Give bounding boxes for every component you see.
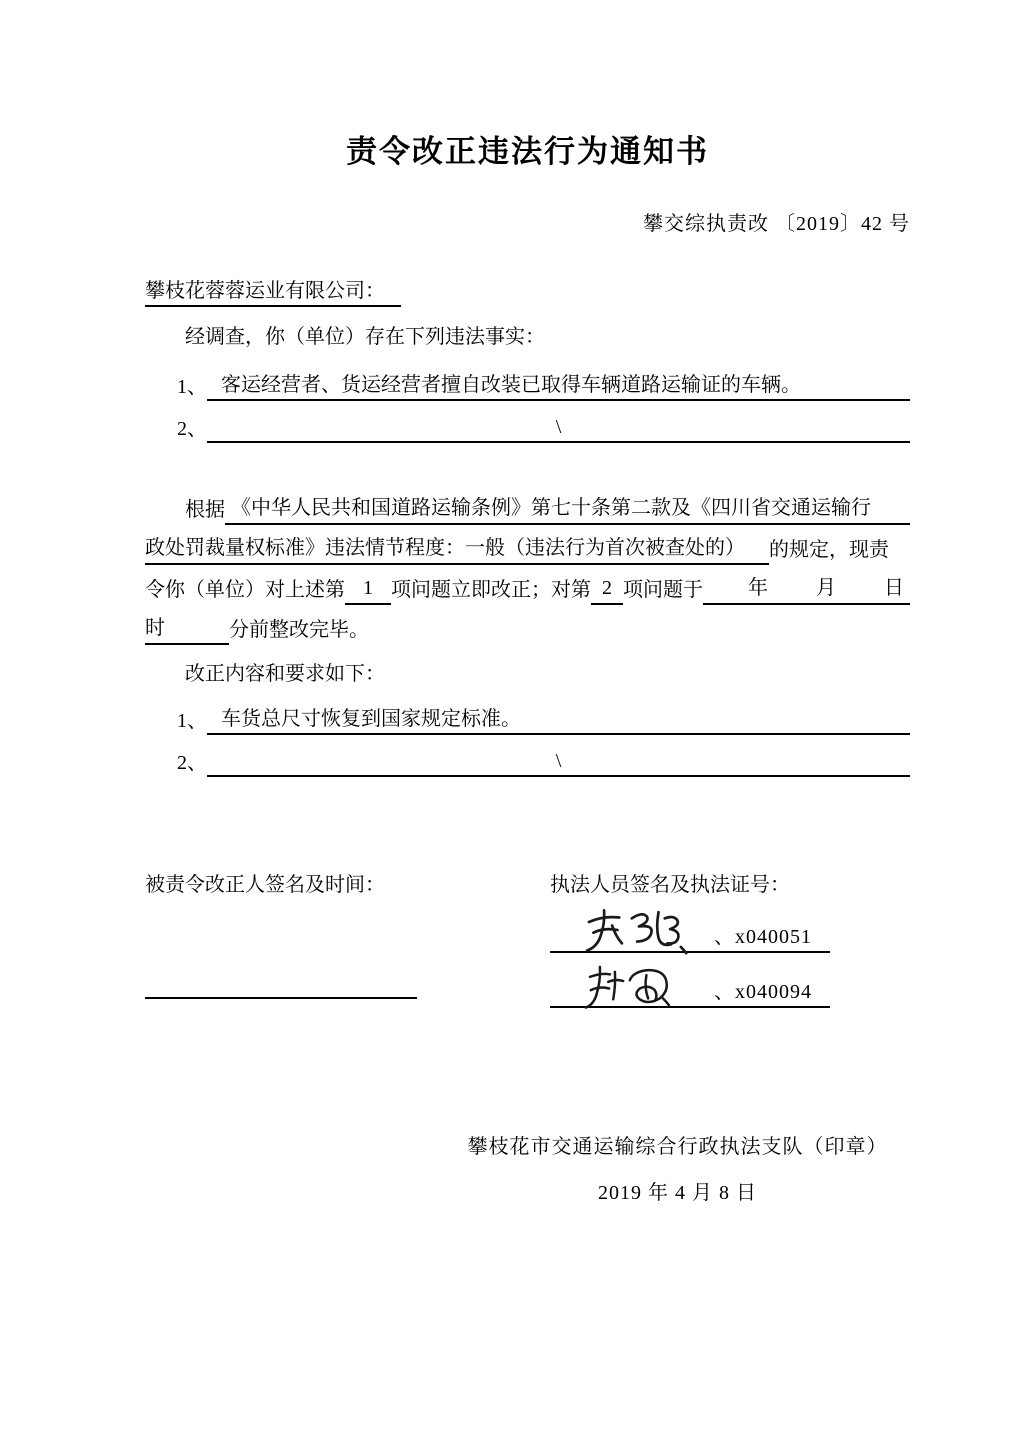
line4-end-text: 分前整改完毕。 — [229, 617, 369, 645]
correction-1-text-blank: 车货总尺寸恢复到国家规定标准。 — [207, 706, 910, 735]
line3-mid-text: 项问题立即改正；对第 — [391, 577, 591, 605]
deadline-date-blank: 年 月 日 — [703, 575, 910, 605]
fact-item-1: 1、 客运经营者、货运经营者擅自改装已取得车辆道路运输证的车辆。 — [145, 359, 910, 401]
violator-signature-column: 被责令改正人签名及时间： — [145, 871, 550, 1008]
corrections-heading: 改正内容和要求如下： — [145, 659, 910, 689]
basis-line-1: 根据 《中华人民共和国道路运输条例》第七十条第二款及《四川省交通运输行 — [145, 485, 910, 525]
issue-date: 2019 年 4 月 8 日 — [445, 1178, 910, 1208]
line3-pre-text: 令你（单位）对上述第 — [145, 577, 345, 605]
correction-2-text-blank: \ — [207, 748, 910, 777]
line3-end-text: 项问题于 — [623, 577, 703, 605]
officer-1-signature-row: 、x040051 — [550, 901, 830, 953]
document-title: 责令改正违法行为通知书 — [145, 0, 910, 171]
officer-2-license-number: 、x040094 — [714, 975, 812, 1004]
officer-signature-label: 执法人员签名及执法证号： — [550, 871, 910, 899]
officer-2-handwritten-signature — [580, 960, 688, 1012]
month-label: 月 — [816, 575, 836, 602]
correction-2-number: 2、 — [177, 750, 207, 777]
violator-signature-blank-line — [145, 997, 417, 999]
basis-line-2: 政处罚裁量权标准》违法情节程度：一般（违法行为首次被查处的） 的规定，现责 — [145, 525, 910, 565]
legal-basis-paragraph: 根据 《中华人民共和国道路运输条例》第七十条第二款及《四川省交通运输行 政处罚裁… — [145, 485, 910, 645]
officer-1-handwritten-signature — [580, 903, 696, 957]
intro-sentence: 经调查，你（单位）存在下列违法事实： — [145, 323, 910, 351]
first-item-number-blank: 1 — [345, 575, 391, 605]
officer-signature-column: 执法人员签名及执法证号： 、x040051 — [550, 871, 910, 1008]
addressee-line: 攀枝花蓉蓉运业有限公司： — [145, 274, 910, 307]
issuing-authority-name: 攀枝花市交通运输综合行政执法支队（印章） — [445, 1132, 910, 1162]
correction-1-number: 1、 — [177, 708, 207, 735]
year-label: 年 — [748, 575, 768, 602]
notice-document-page: 责令改正违法行为通知书 攀交综执责改 〔2019〕42 号 攀枝花蓉蓉运业有限公… — [0, 0, 1026, 1450]
basis-lead: 根据 — [185, 497, 225, 525]
fact-1-text-blank: 客运经营者、货运经营者擅自改装已取得车辆道路运输证的车辆。 — [207, 372, 910, 401]
fact-item-2: 2、 \ — [145, 401, 910, 443]
issuing-authority-block: 攀枝花市交通运输综合行政执法支队（印章） 2019 年 4 月 8 日 — [445, 1132, 910, 1208]
after-law-text: 的规定，现责 — [769, 537, 889, 565]
addressee-name: 攀枝花蓉蓉运业有限公司： — [145, 274, 401, 307]
basis-line-4: 时 分前整改完毕。 — [145, 605, 910, 645]
law-citation-part-2: 政处罚裁量权标准》违法情节程度：一般（违法行为首次被查处的） — [145, 535, 769, 565]
signature-section: 被责令改正人签名及时间： 执法人员签名及执法证号： 、x040051 — [145, 871, 910, 1008]
fact-2-text-blank: \ — [207, 414, 910, 443]
officer-1-license-number: 、x040051 — [714, 920, 812, 949]
corrections-list: 1、 车货总尺寸恢复到国家规定标准。 2、 \ — [145, 693, 910, 777]
second-item-number-blank: 2 — [591, 575, 623, 605]
correction-item-1: 1、 车货总尺寸恢复到国家规定标准。 — [145, 693, 910, 735]
correction-item-2: 2、 \ — [145, 735, 910, 777]
law-citation-part-1: 《中华人民共和国道路运输条例》第七十条第二款及《四川省交通运输行 — [225, 495, 910, 525]
document-number: 攀交综执责改 〔2019〕42 号 — [145, 207, 910, 236]
day-label: 日 — [884, 575, 904, 602]
violation-facts-list: 1、 客运经营者、货运经营者擅自改装已取得车辆道路运输证的车辆。 2、 \ — [145, 359, 910, 443]
fact-1-number: 1、 — [177, 374, 207, 401]
basis-line-3: 令你（单位）对上述第 1 项问题立即改正；对第 2 项问题于 年 月 日 — [145, 565, 910, 605]
fact-2-number: 2、 — [177, 416, 207, 443]
violator-signature-label: 被责令改正人签名及时间： — [145, 871, 550, 899]
hour-label-blank: 时 — [145, 615, 229, 645]
officer-2-signature-row: 、x040094 — [550, 953, 830, 1008]
